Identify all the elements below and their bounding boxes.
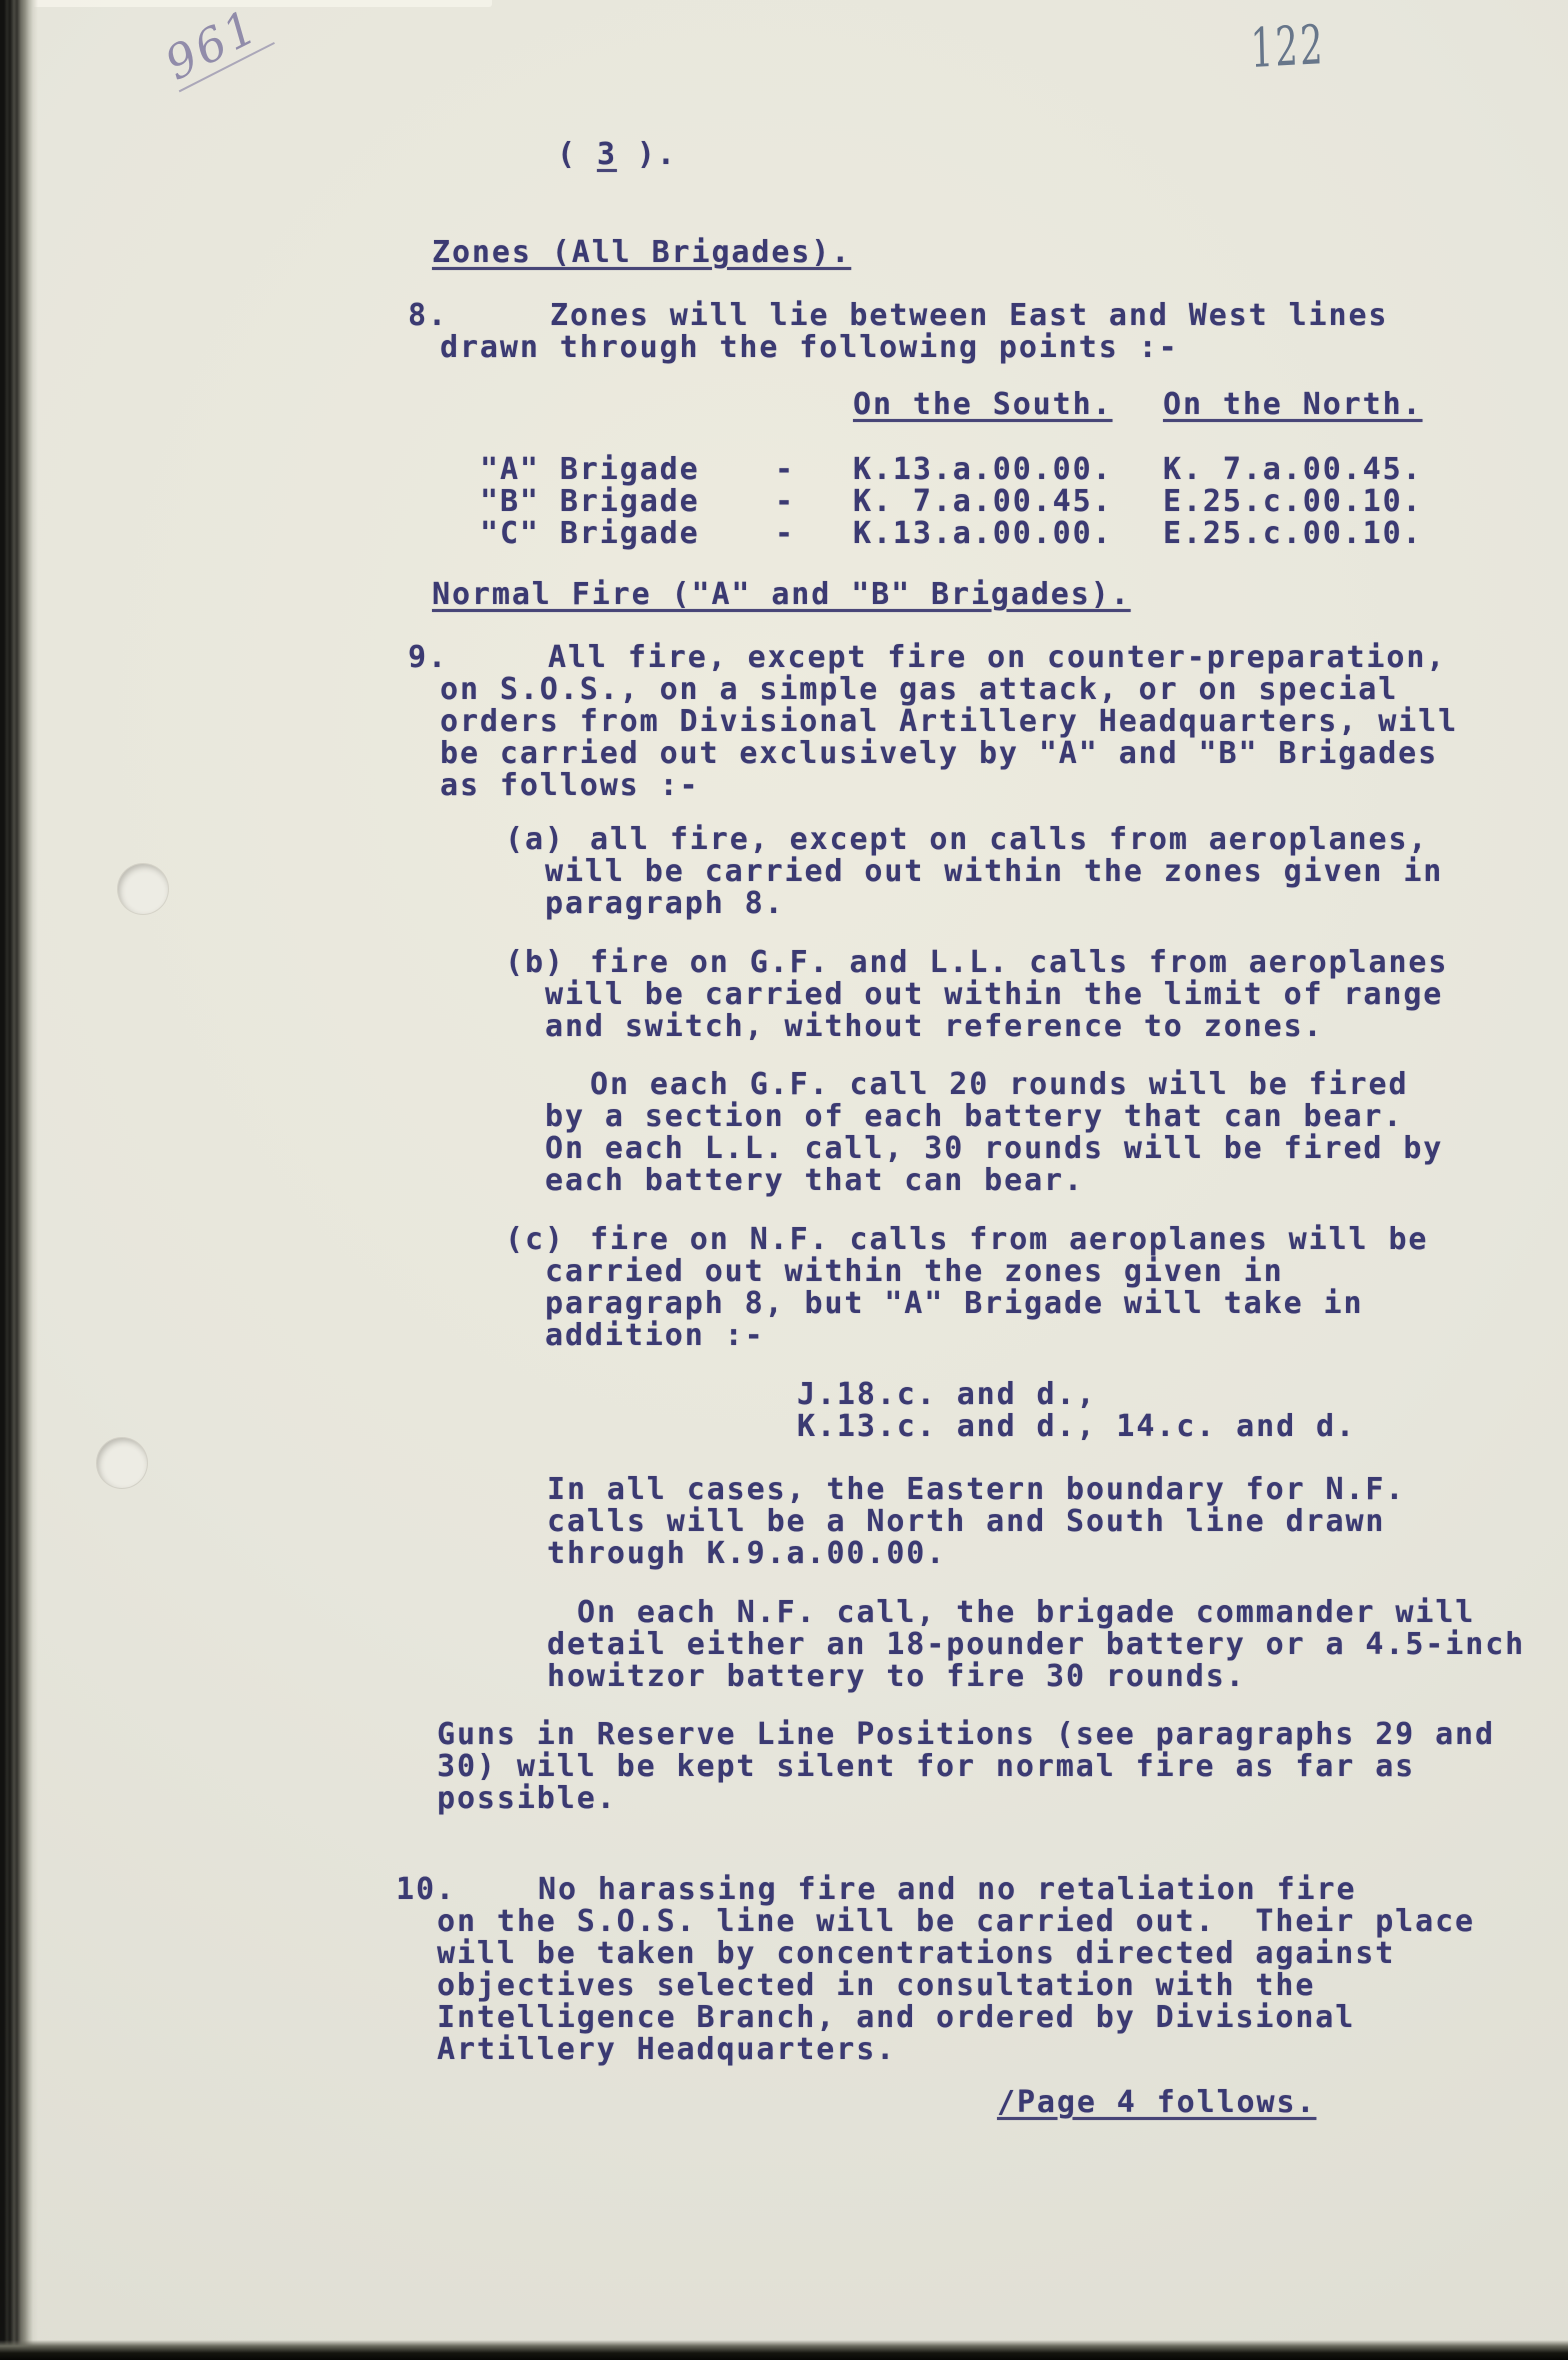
punch-hole-bottom <box>97 1438 147 1488</box>
table-row-north: K. 7.a.00.45. <box>1163 454 1423 486</box>
page-stack-edge <box>0 0 38 2360</box>
table-row-north: E.25.c.00.10. <box>1163 518 1423 550</box>
page-label-prefix: ( <box>557 137 597 172</box>
zone-reference-list: J.18.c. and d., K.13.c. and d., 14.c. an… <box>797 1379 1356 1443</box>
table-row-south: K. 7.a.00.45. <box>853 486 1113 518</box>
reserve-guns-note: Guns in Reserve Line Positions (see para… <box>437 1719 1495 1815</box>
punch-hole-top <box>118 864 168 914</box>
table-row-south: K.13.a.00.00. <box>853 454 1113 486</box>
table-row-dash: - <box>775 518 795 550</box>
scanned-document-page: { "page": { "stamp_page_number": "122", … <box>0 0 1568 2360</box>
table-row-label: "A" Brigade <box>480 454 700 486</box>
table-row-north: E.25.c.00.10. <box>1163 486 1423 518</box>
table-header-south: On the South. <box>853 389 1113 421</box>
normal-fire-heading: Normal Fire ("A" and "B" Brigades). <box>432 579 1131 611</box>
table-header-north: On the North. <box>1163 389 1423 421</box>
item-c-text: fire on N.F. calls from aeroplanes will … <box>545 1224 1428 1352</box>
para-8-text: Zones will lie between East and West lin… <box>440 300 1388 364</box>
page-label-number: 3 <box>597 137 617 172</box>
page-number-stamp: 122 <box>1250 18 1325 76</box>
zones-heading: Zones (All Brigades). <box>432 237 851 269</box>
gf-ll-rounds-note: On each G.F. call 20 rounds will be fire… <box>545 1069 1443 1197</box>
table-row-label: "B" Brigade <box>480 486 700 518</box>
paper-top-edge-highlight <box>32 0 492 7</box>
item-b-text: fire on G.F. and L.L. calls from aeropla… <box>545 947 1448 1043</box>
item-a-text: all fire, except on calls from aeroplane… <box>545 824 1443 920</box>
page-bottom-edge <box>0 2340 1568 2360</box>
para-9-text: All fire, except fire on counter-prepara… <box>440 642 1458 802</box>
nf-boundary-note: In all cases, the Eastern boundary for N… <box>547 1474 1405 1570</box>
page-footer-note: /Page 4 follows. <box>997 2087 1316 2119</box>
table-row-dash: - <box>775 486 795 518</box>
page-label: ( 3 ). <box>557 139 677 171</box>
page-label-suffix: ). <box>617 137 677 172</box>
table-row-label: "C" Brigade <box>480 518 700 550</box>
para-10-text: No harassing fire and no retaliation fir… <box>437 1874 1475 2066</box>
table-row-south: K.13.a.00.00. <box>853 518 1113 550</box>
nf-call-note: On each N.F. call, the brigade commander… <box>547 1597 1525 1693</box>
table-row-dash: - <box>775 454 795 486</box>
